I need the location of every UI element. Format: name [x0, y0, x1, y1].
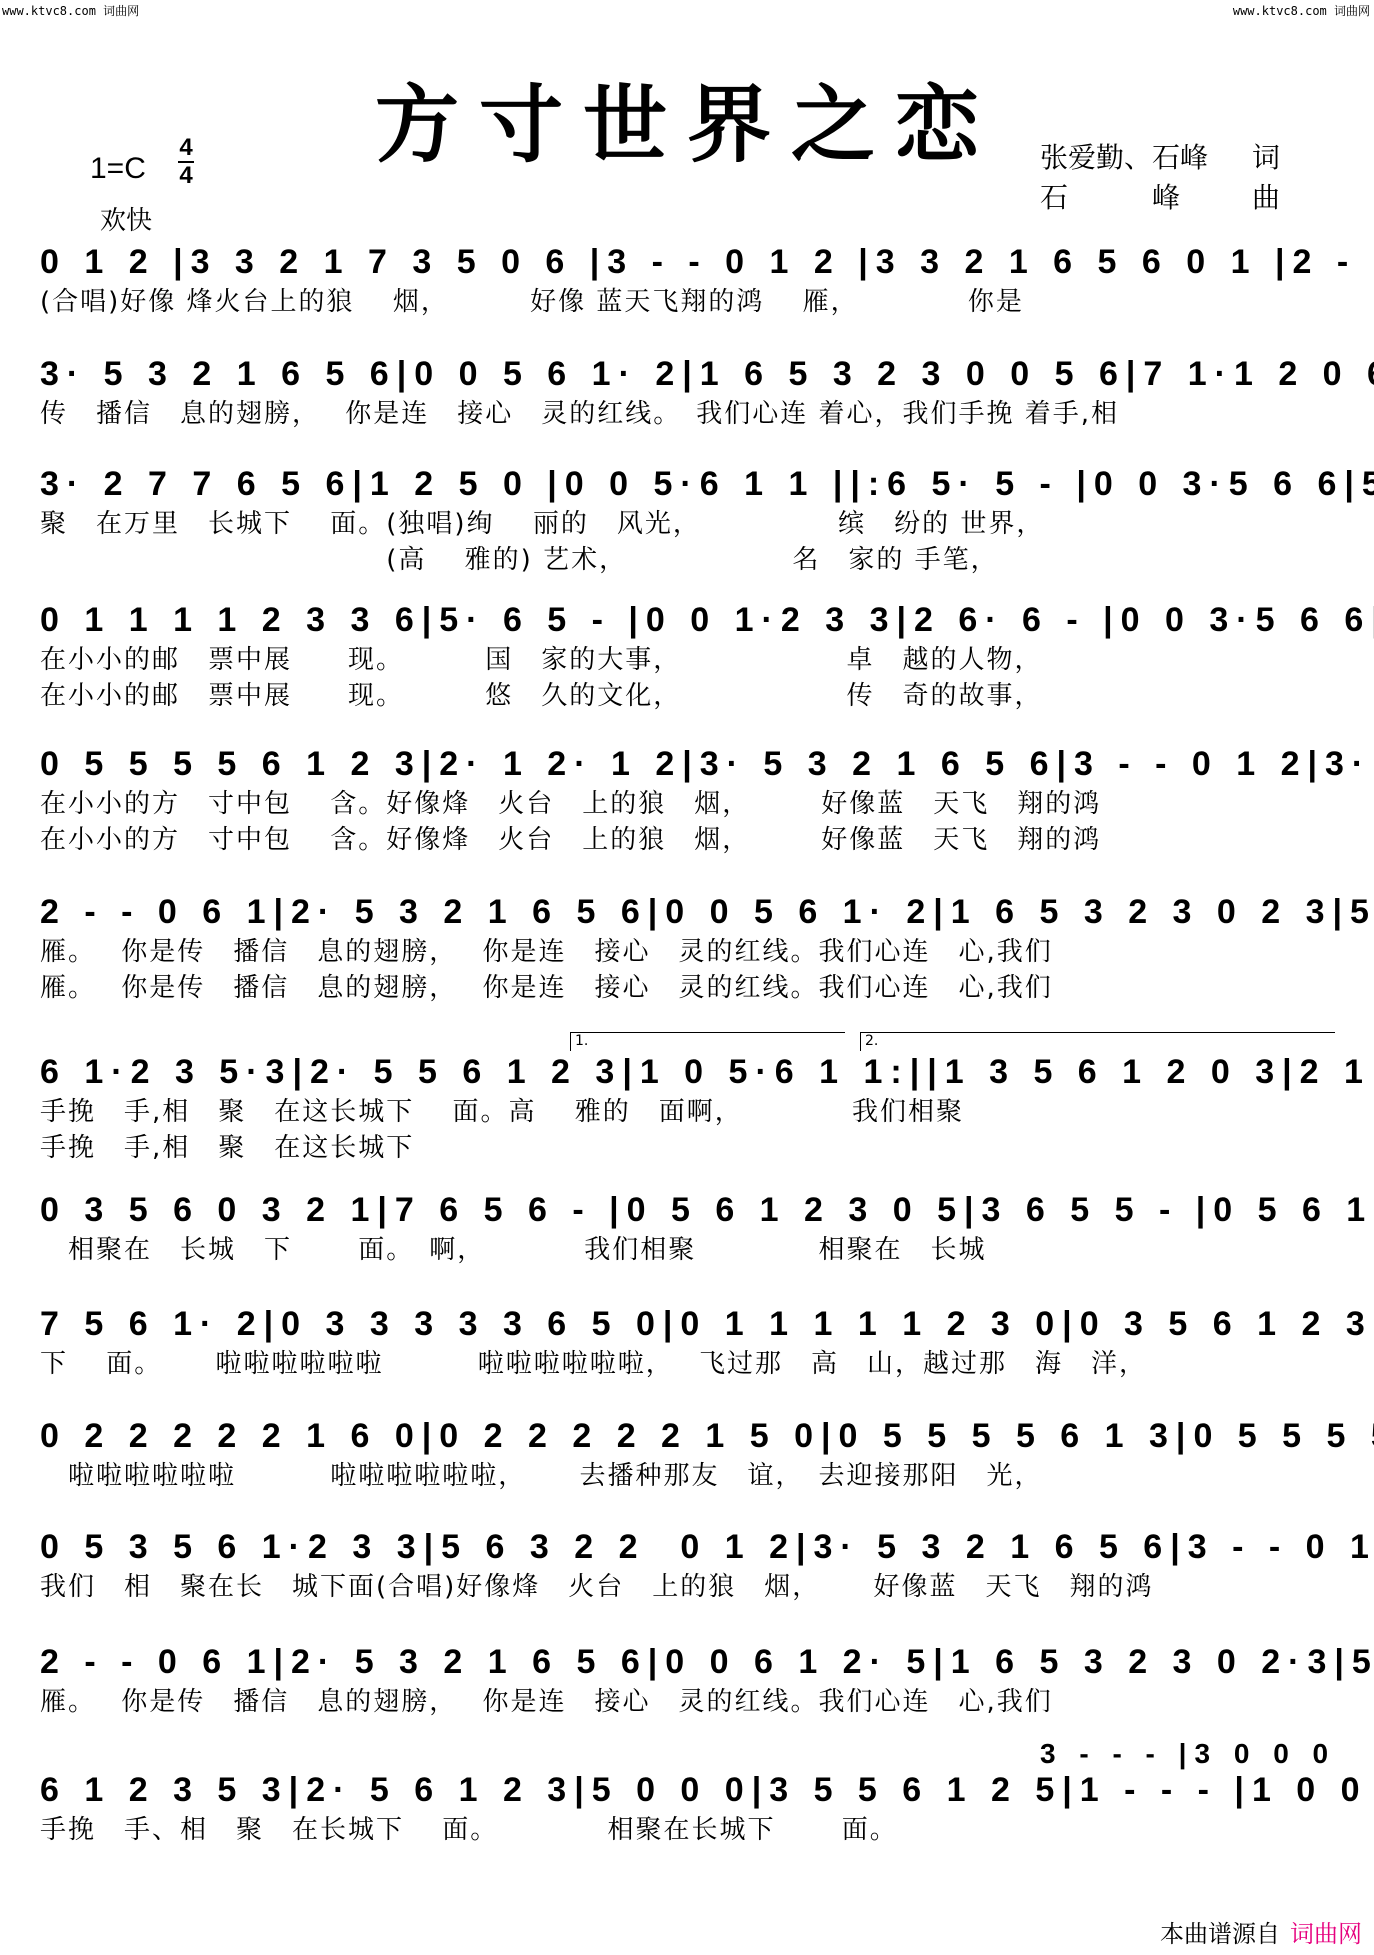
notation-line: 0 1 2 |3 3 2 1 7 3 5 0 6 |3 - - 0 1 2 |3…: [40, 240, 1340, 284]
upper-voice-notes: 3 - - - |3 0 0 0: [1040, 1732, 1336, 1776]
lyric-line-verse2: 雁。 你是传 播信 息的翅膀， 你是连 接心 灵的红线。我们心连 心,我们: [40, 970, 1340, 1006]
lyric-line: 手挽 手、相 聚 在长城下 面。 相聚在长城下 面。: [40, 1812, 1340, 1848]
score-system: 0 5 3 5 6 1·2 3 3|5 6 3 2 2 0 1 2|3· 5 3…: [40, 1525, 1340, 1605]
lyric-line-verse2: 在小小的邮 票中展 现。 悠 久的文化， 传 奇的故事，: [40, 678, 1340, 714]
score-system: 0 1 1 1 1 2 3 3 6|5· 6 5 - |0 0 1·2 3 3|…: [40, 598, 1340, 714]
score-system: 0 5 5 5 5 6 1 2 3|2· 1 2· 1 2|3· 5 3 2 1…: [40, 742, 1340, 858]
notation-line: 6 1·2 3 5·3|2· 5 5 6 1 2 3|1 0 5·6 1 1:|…: [40, 1050, 1340, 1094]
watermark-left: www.ktvc8.com 词曲网: [2, 2, 139, 19]
volta-first-ending: 1.: [570, 1032, 845, 1051]
lyric-line: 传 播信 息的翅膀， 你是连 接心 灵的红线。 我们心连 着心，我们手挽 着手,…: [40, 396, 1340, 432]
notation-line: 0 5 3 5 6 1·2 3 3|5 6 3 2 2 0 1 2|3· 5 3…: [40, 1525, 1340, 1569]
notation-line: 0 5 5 5 5 6 1 2 3|2· 1 2· 1 2|3· 5 3 2 1…: [40, 742, 1340, 786]
lyric-line: 我们 相 聚在长 城下面(合唱)好像烽 火台 上的狼 烟， 好像蓝 天飞 翔的鸿: [40, 1569, 1340, 1605]
score-system: 7 5 6 1· 2|0 3 3 3 3 3 6 5 0|0 1 1 1 1 1…: [40, 1302, 1340, 1382]
notation-line: 3· 5 3 2 1 6 5 6|0 0 5 6 1· 2|1 6 5 3 2 …: [40, 352, 1340, 396]
lyricists: 张爱勤、石峰: [1040, 138, 1208, 178]
tempo-marking: 欢快: [100, 200, 152, 237]
score-system: 0 2 2 2 2 2 1 6 0|0 2 2 2 2 2 1 5 0|0 5 …: [40, 1414, 1340, 1494]
notation-line: 0 2 2 2 2 2 1 6 0|0 2 2 2 2 2 1 5 0|0 5 …: [40, 1414, 1340, 1458]
footer-source: 本曲谱源自词曲网: [1160, 1914, 1362, 1949]
lyric-line-verse2: 在小小的方 寸中包 含。好像烽 火台 上的狼 烟， 好像蓝 天飞 翔的鸿: [40, 822, 1340, 858]
score-system: 2 - - 0 6 1|2· 5 3 2 1 6 5 6|0 0 5 6 1· …: [40, 890, 1340, 1006]
time-signature: 4 4: [178, 136, 194, 188]
notation-line: 2 - - 0 6 1|2· 5 3 2 1 6 5 6|0 0 5 6 1· …: [40, 890, 1340, 934]
time-denominator: 4: [179, 162, 192, 189]
notation-line: 0 1 1 1 1 2 3 3 6|5· 6 5 - |0 0 1·2 3 3|…: [40, 598, 1340, 642]
notation-line: 0 3 5 6 0 3 2 1|7 6 5 6 - |0 5 6 1 2 3 0…: [40, 1188, 1340, 1232]
lyric-line: 在小小的方 寸中包 含。好像烽 火台 上的狼 烟， 好像蓝 天飞 翔的鸿: [40, 786, 1340, 822]
volta-second-ending: 2.: [860, 1032, 1335, 1051]
lyric-line: 聚 在万里 长城下 面。(独唱)绚 丽的 风光， 缤 纷的 世界，: [40, 506, 1340, 542]
lyric-line: 雁。 你是传 播信 息的翅膀， 你是连 接心 灵的红线。我们心连 心,我们: [40, 1684, 1340, 1720]
score-system: 1.2.6 1·2 3 5·3|2· 5 5 6 1 2 3|1 0 5·6 1…: [40, 1050, 1340, 1166]
lyric-line: 啦啦啦啦啦啦 啦啦啦啦啦啦， 去播种那友 谊， 去迎接那阳 光，: [40, 1458, 1340, 1494]
lyric-line: 相聚在 长城 下 面。 啊， 我们相聚 相聚在 长城: [40, 1232, 1340, 1268]
lyric-line: 雁。 你是传 播信 息的翅膀， 你是连 接心 灵的红线。我们心连 心,我们: [40, 934, 1340, 970]
score-system: 3 - - - |3 0 0 06 1 2 3 5 3|2· 5 6 1 2 3…: [40, 1768, 1340, 1848]
lyric-line: (合唱)好像 烽火台上的狼 烟， 好像 蓝天飞翔的鸿 雁， 你是: [40, 284, 1340, 320]
score-system: 0 3 5 6 0 3 2 1|7 6 5 6 - |0 5 6 1 2 3 0…: [40, 1188, 1340, 1268]
score-system: 3· 2 7 7 6 5 6|1 2 5 0 |0 0 5·6 1 1 ||:6…: [40, 462, 1340, 578]
lyricist-label: 词: [1252, 138, 1280, 178]
score-system: 0 1 2 |3 3 2 1 7 3 5 0 6 |3 - - 0 1 2 |3…: [40, 240, 1340, 320]
score-system: 3· 5 3 2 1 6 5 6|0 0 5 6 1· 2|1 6 5 3 2 …: [40, 352, 1340, 432]
notation-line: 7 5 6 1· 2|0 3 3 3 3 3 6 5 0|0 1 1 1 1 1…: [40, 1302, 1340, 1346]
time-numerator: 4: [179, 134, 192, 161]
credits: 张爱勤、石峰 词 石 峰 曲: [1040, 138, 1280, 218]
notation-line: 3· 2 7 7 6 5 6|1 2 5 0 |0 0 5·6 1 1 ||:6…: [40, 462, 1340, 506]
lyric-line-verse2: 手挽 手,相 聚 在这长城下: [40, 1130, 1340, 1166]
lyric-line: 在小小的邮 票中展 现。 国 家的大事， 卓 越的人物，: [40, 642, 1340, 678]
composer-label: 曲: [1252, 178, 1280, 218]
lyric-line: 下 面。 啦啦啦啦啦啦 啦啦啦啦啦啦， 飞过那 高 山，越过那 海 洋，: [40, 1346, 1340, 1382]
key-signature: 1=C: [90, 152, 146, 186]
score-system: 2 - - 0 6 1|2· 5 3 2 1 6 5 6|0 0 6 1 2· …: [40, 1640, 1340, 1720]
lyric-line: 手挽 手,相 聚 在这长城下 面。高 雅的 面啊， 我们相聚: [40, 1094, 1340, 1130]
footer-source-label: 本曲谱源自: [1160, 1920, 1280, 1948]
watermark-right: www.ktvc8.com 词曲网: [1233, 2, 1370, 19]
footer-brand: 词曲网: [1290, 1920, 1362, 1948]
notation-line: 2 - - 0 6 1|2· 5 3 2 1 6 5 6|0 0 6 1 2· …: [40, 1640, 1340, 1684]
composer: 石 峰: [1040, 178, 1180, 218]
lyric-line-verse2: (高 雅的) 艺术， 名 家的 手笔，: [40, 542, 1340, 578]
